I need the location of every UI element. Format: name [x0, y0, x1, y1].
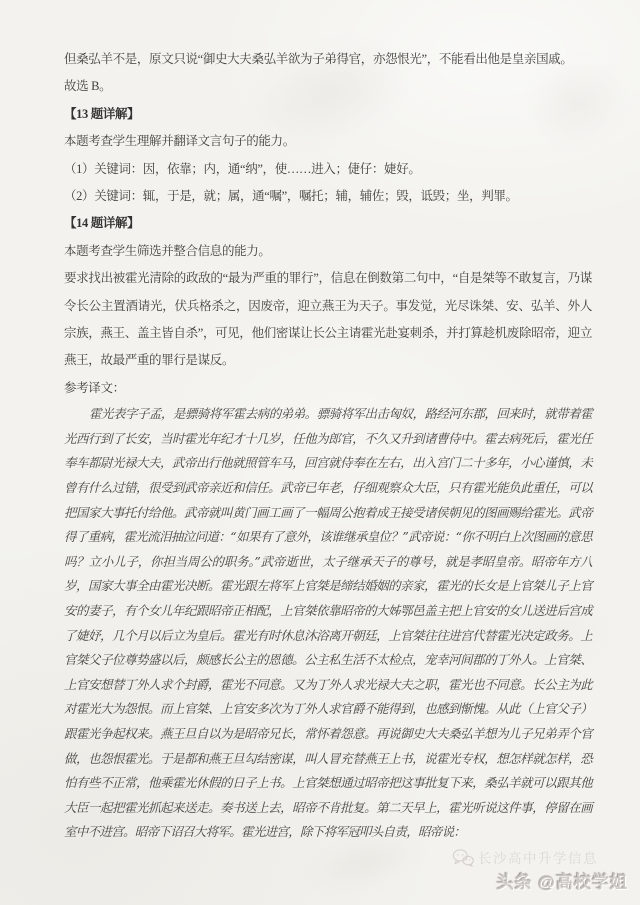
paragraph: 本题考查学生筛选并整合信息的能力。 — [64, 238, 592, 265]
wechat-icon — [452, 848, 474, 867]
answer-explanation-document: 但桑弘羊不是，原文只说“御史大夫桑弘羊欲为子弟得官，亦怨恨光”，不能看出他是皇亲… — [64, 46, 592, 845]
paragraph: （1）关键词：因，依靠；内，通“纳”，使……进入；倢仔：婕好。 — [64, 156, 592, 183]
section-heading: 【13 题详解】 — [64, 101, 592, 128]
document-page: 但桑弘羊不是，原文只说“御史大夫桑弘羊欲为子弟得官，亦怨恨光”，不能看出他是皇亲… — [0, 0, 640, 905]
watermark-label: 头条 @高校学姐 — [497, 868, 628, 893]
paragraph: 霍光表字子孟，是骠骑将军霍去病的弟弟。骠骑将军出击匈奴，路经河东郡，回来时，就带… — [64, 402, 592, 845]
paragraph: （2）关键词：辄，于是，就；属，通“嘱”，嘱托；辅，辅佐；毁，诋毁；坐，判罪。 — [64, 183, 592, 210]
watermark-ghost-text: 长沙高中升学信息 — [478, 847, 598, 867]
watermark-credit: 长沙高中升学信息 头条 @高校学姐 — [398, 847, 628, 895]
paragraph: 本题考查学生理解并翻译文言句子的能力。 — [64, 128, 592, 155]
paragraph: 故选 B。 — [64, 73, 592, 100]
section-heading: 【14 题详解】 — [64, 210, 592, 237]
paragraph: 参考译文： — [64, 375, 592, 402]
paragraph: 但桑弘羊不是，原文只说“御史大夫桑弘羊欲为子弟得官，亦怨恨光”，不能看出他是皇亲… — [64, 46, 592, 73]
watermark-ghost: 长沙高中升学信息 — [452, 847, 598, 867]
paragraph: 要求找出被霍光清除的政敌的“最为严重的罪行”，信息在倒数第二句中，“自是桀等不敢… — [64, 265, 592, 375]
